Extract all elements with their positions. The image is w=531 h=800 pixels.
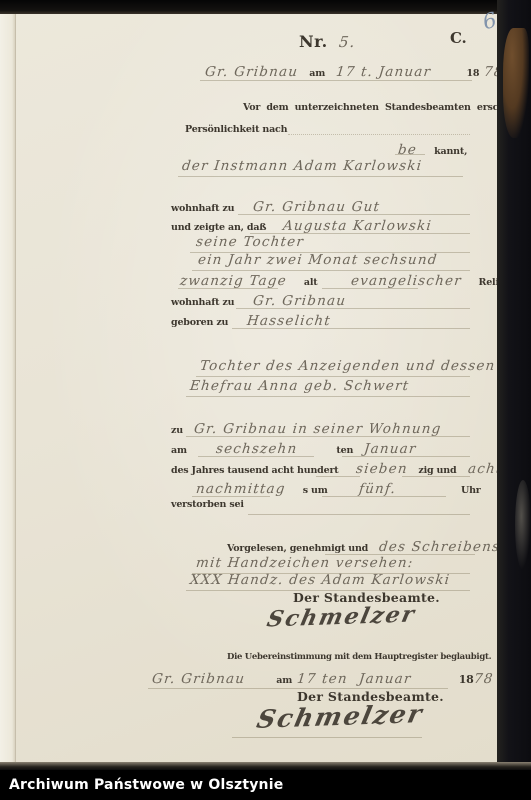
time-hand1: nachmittag (195, 481, 286, 497)
certification-year-hand: 78 (473, 671, 494, 687)
s-um-label: s um (303, 485, 328, 496)
deceased-residence: Gr. Gribnau (253, 293, 348, 309)
year-hand1: sieben (355, 461, 408, 477)
age-religion-line: zwanzig Tage alt evangelischer Religion, (180, 270, 525, 289)
intro-bekannt: be kannt, (398, 139, 467, 158)
bekannt-printed: kannt, (434, 146, 467, 157)
death-day: sechszehn (215, 441, 298, 457)
birthplace-line: geboren zu Hasselicht (171, 310, 331, 329)
und-zeigte-label: und zeigte an, daß (171, 222, 266, 233)
dateline-day-month: 17 t. Januar (335, 64, 432, 80)
declarant-residence-line: wohnhaft zu Gr. Gribnau Gut (171, 196, 381, 215)
certification-year-printed: 18 (459, 673, 474, 686)
death-year-line: des Jahres tausend acht hundert sieben z… (171, 458, 502, 477)
parents-line2: Ehefrau Anna geb. Schwert (189, 378, 410, 394)
am-label: am (171, 445, 187, 456)
declarant-residence: Gr. Gribnau Gut (253, 199, 382, 215)
bekannt-hand: be (397, 142, 418, 158)
table-edge-strip (0, 762, 531, 770)
death-time-line: nachmittag s um fünf. Uhr (196, 478, 481, 497)
death-place: Gr. Gribnau in seiner Wohnung (193, 421, 442, 437)
registrar-signature: Schmelzer (265, 601, 419, 632)
certification-place: Gr. Gribnau (151, 671, 246, 687)
record-number-label: Nr. (299, 32, 328, 51)
zig-und-label: zig und (418, 465, 456, 476)
worn-edge-patch (515, 480, 531, 570)
geboren-zu-label: geboren zu (171, 317, 228, 328)
certification-day: 17 ten (296, 671, 348, 687)
time-hand2: fünf. (358, 481, 397, 497)
closing-hand2: mit Handzeichen versehen: (195, 555, 414, 571)
age-line2: zwanzig Tage (179, 273, 287, 289)
vorgelesen-label: Vorgelesen, genehmigt und (227, 543, 368, 554)
certification-line: Die Uebereinstimmung mit dem Hauptregist… (227, 652, 491, 662)
death-date-line: am sechszehn ten Januar (171, 438, 417, 457)
wohnhaft-zu-label: wohnhaft zu (171, 203, 234, 214)
death-place-line: zu Gr. Gribnau in seiner Wohnung (171, 418, 442, 437)
death-month: Januar (363, 441, 417, 457)
death-record-scan: Nr. 5. C. 6 Gr. Gribnau am 17 t. Januar … (0, 0, 531, 800)
age-line1: ein Jahr zwei Monat sechsund (197, 252, 438, 268)
worn-corner-patch (503, 28, 529, 138)
zu-label: zu (171, 425, 183, 436)
intro-line2: Persönlichkeit nach (185, 124, 287, 135)
archive-watermark-bar: Archiwum Państwowe w Olsztynie (0, 770, 531, 800)
deceased-residence-line: wohnhaft zu Gr. Gribnau (171, 290, 347, 309)
year-label: des Jahres tausend acht hundert (171, 465, 338, 476)
birthplace: Hasselicht (246, 313, 332, 329)
dateline-am-label: am (309, 68, 325, 79)
certification-month: Januar (358, 671, 412, 687)
relation-line: seine Tochter (195, 234, 305, 250)
verstorben-label: verstorben sei (171, 499, 244, 510)
certification-dateline: Gr. Gribnau am 17 ten Januar 1878 (152, 668, 493, 687)
page-binding-edge (0, 12, 16, 770)
intro-line1: Vor dem unterzeichneten Standesbeamten e… (243, 102, 531, 113)
wohnhaft-zu2-label: wohnhaft zu (171, 297, 234, 308)
record-number: Nr. 5. (299, 32, 355, 51)
record-number-value: 5. (338, 33, 357, 51)
book-cover-right (497, 0, 531, 770)
archive-watermark-label: Archiwum Państwowe w Olsztynie (0, 777, 283, 793)
closing-hand3: XXX Handz. des Adam Karlowski (189, 572, 451, 588)
uhr-label: Uhr (461, 485, 481, 496)
entry-dateline: Gr. Gribnau am 17 t. Januar 18 78. (205, 61, 510, 80)
closing-line1: Vorgelesen, genehmigt und des Schreibens… (227, 536, 531, 555)
series-letter: C. (450, 29, 467, 47)
registrar-signature-2: Schmelzer (254, 699, 426, 734)
declarant-name: der Instmann Adam Karlowski (181, 158, 423, 174)
parents-line1: Tochter des Anzeigenden und dessen (199, 358, 496, 374)
deceased-name: Augusta Karlowski (283, 218, 434, 234)
ten-label: ten (336, 445, 353, 456)
religion-hand: evangelischer (350, 273, 463, 289)
dateline-place: Gr. Gribnau (204, 64, 299, 80)
deceased-name-line: und zeigte an, daß Augusta Karlowski (171, 215, 432, 234)
certification-am-label: am (276, 675, 292, 686)
alt-label: alt (304, 277, 318, 288)
book-cover-top-edge (0, 0, 531, 14)
dateline-year-printed: 18 (467, 68, 480, 79)
